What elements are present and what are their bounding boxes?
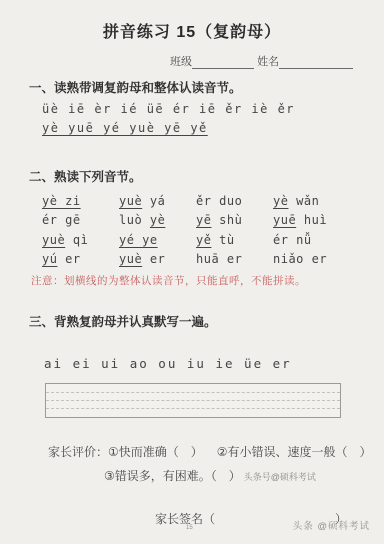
syllable-row: yú er yuè er huā er niǎo er (42, 250, 384, 270)
parent-evaluation-line2: ③错误多，有困难。（ ）头条号@硕科考试 (104, 467, 384, 484)
whole-syllable-note: 注意：划横线的为整体认读音节，只能直呼，不能拼读。 (31, 273, 384, 288)
syllable-cell: yě tù (196, 233, 273, 247)
eval-option3: ③错误多，有困难。（ ） (104, 469, 241, 483)
class-label: 班级 (170, 56, 192, 68)
underlined-syllables: yè yuē yé yuè yē yě (42, 121, 208, 135)
class-name-line: 班级 姓名 (170, 53, 384, 69)
section2-heading: 二、熟读下列音节。 (29, 167, 384, 185)
section1-toned-finals: üè iē èr ié üē ér iē ěr iè ěr (42, 102, 384, 116)
page-footer: 15 头条 @硕科考试 (0, 520, 384, 532)
grid-line (46, 392, 340, 393)
section1-heading: 一、读熟带调复韵母和整体认读音节。 (29, 78, 384, 96)
syllable-cell: yú er (42, 252, 119, 266)
syllable-row: ér gē luò yè yē shù yuē huì (42, 211, 384, 231)
syllable-cell: ér gē (42, 213, 119, 227)
name-blank (279, 57, 353, 69)
syllable-cell: yuē huì (273, 213, 350, 227)
page-title: 拼音练习 15（复韵母） (0, 19, 384, 42)
page-number: 15 (186, 525, 193, 531)
eval-option1: 家长评价：①快而准确（ ） (48, 445, 203, 459)
section3-finals-list: ai ei ui ao ou iu ie üe er (44, 356, 384, 371)
four-line-writing-grid (45, 383, 341, 418)
syllable-cell: yè wǎn (273, 194, 350, 208)
syllable-cell: yé ye (119, 233, 196, 247)
syllable-cell: yè zi (42, 194, 119, 208)
syllable-table: yè zi yuè yá ěr duo yè wǎn ér gē luò yè … (42, 191, 384, 269)
bottom-watermark: 头条 @硕科考试 (293, 518, 370, 532)
syllable-cell: yuè qì (42, 233, 119, 247)
syllable-cell: ér nǚ (273, 233, 350, 247)
class-blank (192, 57, 254, 69)
grid-line (46, 408, 340, 409)
grid-line (46, 400, 340, 401)
syllable-cell: huā er (196, 252, 273, 266)
syllable-cell: niǎo er (273, 252, 350, 266)
syllable-cell: yuè er (119, 252, 196, 266)
syllable-cell: ěr duo (196, 194, 273, 208)
eval-option2: ②有小错误、速度一般（ ） (217, 445, 372, 459)
name-label: 姓名 (257, 56, 279, 68)
section3-heading: 三、背熟复韵母并认真默写一遍。 (29, 312, 384, 330)
syllable-cell: luò yè (119, 213, 196, 227)
parent-evaluation-line1: 家长评价：①快而准确（ ）②有小错误、速度一般（ ） (48, 443, 384, 460)
section1-whole-syllables: yè yuē yé yuè yē yě (42, 121, 384, 135)
inline-watermark: 头条号@硕科考试 (244, 472, 316, 482)
syllable-cell: yuè yá (119, 194, 196, 208)
syllable-row: yè zi yuè yá ěr duo yè wǎn (42, 191, 384, 211)
syllable-cell: yē shù (196, 213, 273, 227)
worksheet-page: 拼音练习 15（复韵母） 班级 姓名 一、读熟带调复韵母和整体认读音节。 üè … (0, 0, 384, 544)
syllable-row: yuè qì yé ye yě tù ér nǚ (42, 230, 384, 250)
